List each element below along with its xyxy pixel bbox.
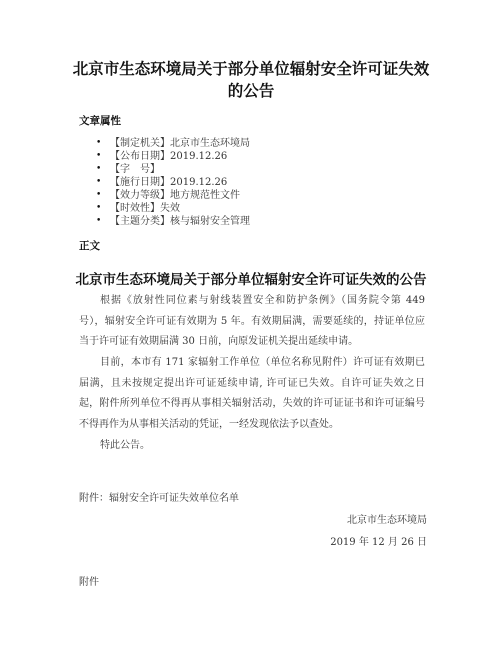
attribute-validity: •【时效性】失效	[96, 202, 250, 215]
attribute-value: 地方规范性文件	[170, 190, 240, 201]
signature-org: 北京市生态环境局	[347, 511, 427, 526]
attribute-effective-date: •【施行日期】2019.12.26	[96, 176, 250, 189]
paragraph-closing: 特此公告。	[79, 436, 425, 457]
bullet-icon: •	[96, 202, 101, 215]
attribute-key: 【制定机关】	[110, 138, 170, 149]
attribute-key: 【字 号】	[110, 164, 160, 175]
attribute-key: 【主题分类】	[110, 216, 170, 227]
bullet-icon: •	[96, 163, 101, 176]
attribute-legal-level: •【效力等级】地方规范性文件	[96, 189, 250, 202]
attribute-topic: •【主题分类】核与辐射安全管理	[96, 215, 250, 228]
attribute-issuing-authority: •【制定机关】北京市生态环境局	[96, 137, 250, 150]
body-title: 北京市生态环境局关于部分单位辐射安全许可证失效的公告	[60, 268, 442, 288]
attribute-key: 【施行日期】	[110, 177, 170, 188]
attribute-value: 北京市生态环境局	[170, 138, 250, 149]
attribute-key: 【公布日期】	[110, 151, 170, 162]
attribute-key: 【时效性】	[110, 203, 160, 214]
attribute-document-number: •【字 号】	[96, 163, 250, 176]
paragraph-1: 根据《放射性同位素与射线装置安全和防护条例》（国务院令第 449 号），辐射安全…	[79, 291, 425, 353]
attachment-line: 附件：辐射安全许可证失效单位名单	[79, 489, 239, 504]
body-heading: 正文	[79, 238, 100, 253]
attribute-value: 核与辐射安全管理	[170, 216, 250, 227]
document-title-line-2: 的公告	[40, 80, 462, 102]
bullet-icon: •	[96, 150, 101, 163]
signature-date: 2019 年 12 月 26 日	[330, 533, 427, 548]
bullet-icon: •	[96, 189, 101, 202]
paragraph-2: 目前，本市有 171 家辐射工作单位（单位名称见附件）许可证有效期已届满，且未按…	[79, 353, 425, 435]
bullet-icon: •	[96, 137, 101, 150]
attribute-value: 失效	[160, 203, 180, 214]
attributes-list: •【制定机关】北京市生态环境局 •【公布日期】2019.12.26 •【字 号】…	[96, 137, 250, 228]
attribute-value: 2019.12.26	[170, 151, 227, 162]
attachment-heading: 附件	[79, 573, 99, 588]
document-title-line-1: 北京市生态环境局关于部分单位辐射安全许可证失效	[40, 58, 462, 80]
attribute-key: 【效力等级】	[110, 190, 170, 201]
attribute-value: 2019.12.26	[170, 177, 227, 188]
attribute-publish-date: •【公布日期】2019.12.26	[96, 150, 250, 163]
document-title: 北京市生态环境局关于部分单位辐射安全许可证失效 的公告	[40, 58, 462, 102]
bullet-icon: •	[96, 176, 101, 189]
bullet-icon: •	[96, 215, 101, 228]
attributes-heading: 文章属性	[79, 113, 121, 128]
